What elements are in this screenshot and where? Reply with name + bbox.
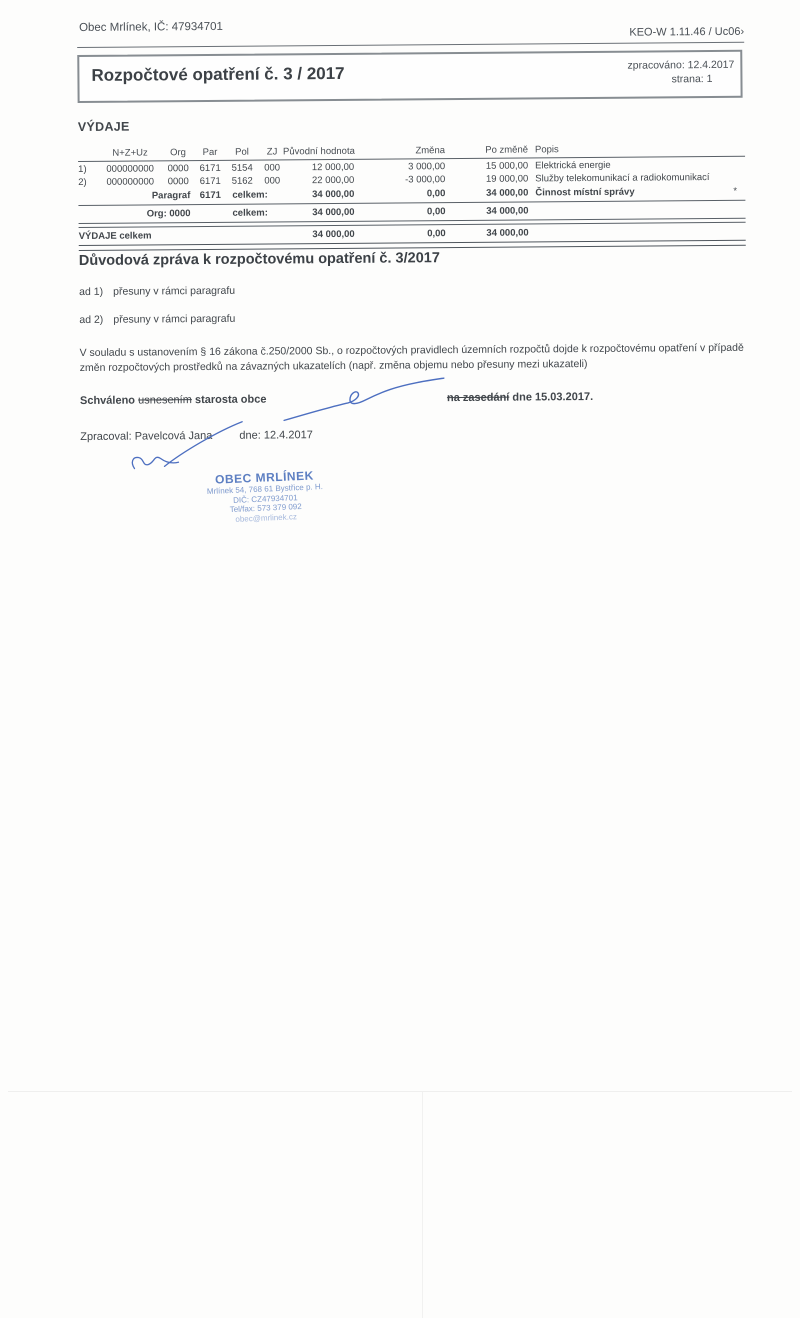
col-header-desc: Popis [535,144,559,155]
scanned-document-page: Obec Mrlínek, IČ: 47934701 KEO-W 1.11.46… [0,0,800,1318]
struck-word: usnesením [138,394,192,406]
struck-phrase: na zasedání [447,392,509,404]
title-box-meta: zpracováno: 12.4.2017 strana: 1 [627,58,734,87]
cell-original: 34 000,00 [284,229,355,241]
document-content: Obec Mrlínek, IČ: 47934701 KEO-W 1.11.46… [0,0,800,1101]
mayor-signature [282,375,447,424]
cell-desc: Činnost místní správy [535,187,634,199]
celkem-label: celkem: [232,190,267,201]
justification-heading: Důvodová zpráva k rozpočtovému opatření … [79,250,440,269]
approval-date-line: na zasedání dne 15.03.2017. [447,391,593,404]
cell-after: 19 000,00 [458,173,528,185]
cell-change: 3 000,00 [368,161,445,173]
item-text: přesuny v rámci paragrafu [113,285,235,298]
celkem-label: celkem: [232,208,267,219]
cell-original: 12 000,00 [283,162,354,174]
municipality-stamp: OBEC MRLÍNEK Mrlínek 54, 768 61 Bystřice… [157,466,374,527]
cell-desc: Elektrická energie [535,160,611,172]
approval-line: Schváleno usnesením starosta obce [80,394,267,407]
system-version-label: KEO-W 1.11.46 / Uc06› [629,26,744,39]
col-header-pol: Pol [228,147,256,158]
cell-org: 0000 [164,163,192,174]
col-header-nzuz: N+Z+Uz [104,147,156,158]
title-box: Rozpočtové opatření č. 3 / 2017 zpracová… [77,50,742,103]
approved-label: Schváleno [80,395,135,407]
cell-zj: 000 [260,162,284,173]
cell-desc: Služby telekomunikací a radiokomunikací [535,172,709,184]
cell-after: 34 000,00 [459,227,529,239]
item-label: ad 2) [79,314,113,326]
item-label: ad 1) [79,286,113,298]
col-header-after: Po změně [458,144,528,156]
col-header-original: Původní hodnota [283,146,354,158]
cell-original: 22 000,00 [283,175,354,187]
col-header-org: Org [164,147,192,158]
processed-date: zpracováno: 12.4.2017 [627,58,734,73]
header-divider [77,42,744,48]
row-number: 2) [78,177,102,188]
scan-artifact-vertical-line [422,1092,423,1318]
justification-item: ad 1)přesuny v rámci paragrafu [79,285,235,298]
expenses-section-label: VÝDAJE [78,120,130,134]
expenses-table: N+Z+Uz Org Par Pol ZJ Původní hodnota Zm… [78,141,746,256]
paragraf-label: Paragraf [118,190,190,202]
approval-date: dne 15.03.2017. [512,391,593,404]
cell-zj: 000 [260,175,284,186]
approved-by: starosta obce [195,394,267,407]
col-header-change: Změna [368,145,445,157]
grand-total-label: VÝDAJE celkem [79,230,199,242]
cell-org: 0000 [164,176,192,187]
col-header-zj: ZJ [260,146,284,157]
cell-par: 6171 [196,163,224,174]
cell-original: 34 000,00 [283,189,354,201]
organization-header: Obec Mrlínek, IČ: 47934701 [79,21,223,34]
document-title: Rozpočtové opatření č. 3 / 2017 [91,64,344,86]
scan-artifact-horizontal-line [8,1091,792,1092]
clerk-signature [120,420,255,479]
cell-par: 6171 [196,176,224,187]
cell-after: 34 000,00 [458,187,528,199]
cell-change: 0,00 [368,188,445,200]
item-text: přesuny v rámci paragrafu [113,313,235,326]
cell-nzuz: 000000000 [104,163,156,174]
cell-nzuz: 000000000 [104,176,156,187]
justification-item: ad 2)přesuny v rámci paragrafu [79,313,235,326]
page-number: strana: 1 [628,72,713,87]
paragraf-number: 6171 [196,190,224,201]
row-number: 1) [78,164,102,175]
cell-after: 34 000,00 [458,205,528,217]
cell-pol: 5154 [228,163,256,174]
cell-change: 0,00 [369,228,446,240]
cell-original: 34 000,00 [283,207,354,219]
cell-after: 15 000,00 [458,160,528,172]
org-label: Org: 0000 [118,208,190,220]
note-asterisk: * [733,186,737,197]
legal-paragraph: V souladu s ustanovením § 16 zákona č.25… [80,341,754,376]
col-header-par: Par [196,147,224,158]
cell-pol: 5162 [228,176,256,187]
cell-change: -3 000,00 [368,174,445,186]
cell-change: 0,00 [368,206,445,218]
